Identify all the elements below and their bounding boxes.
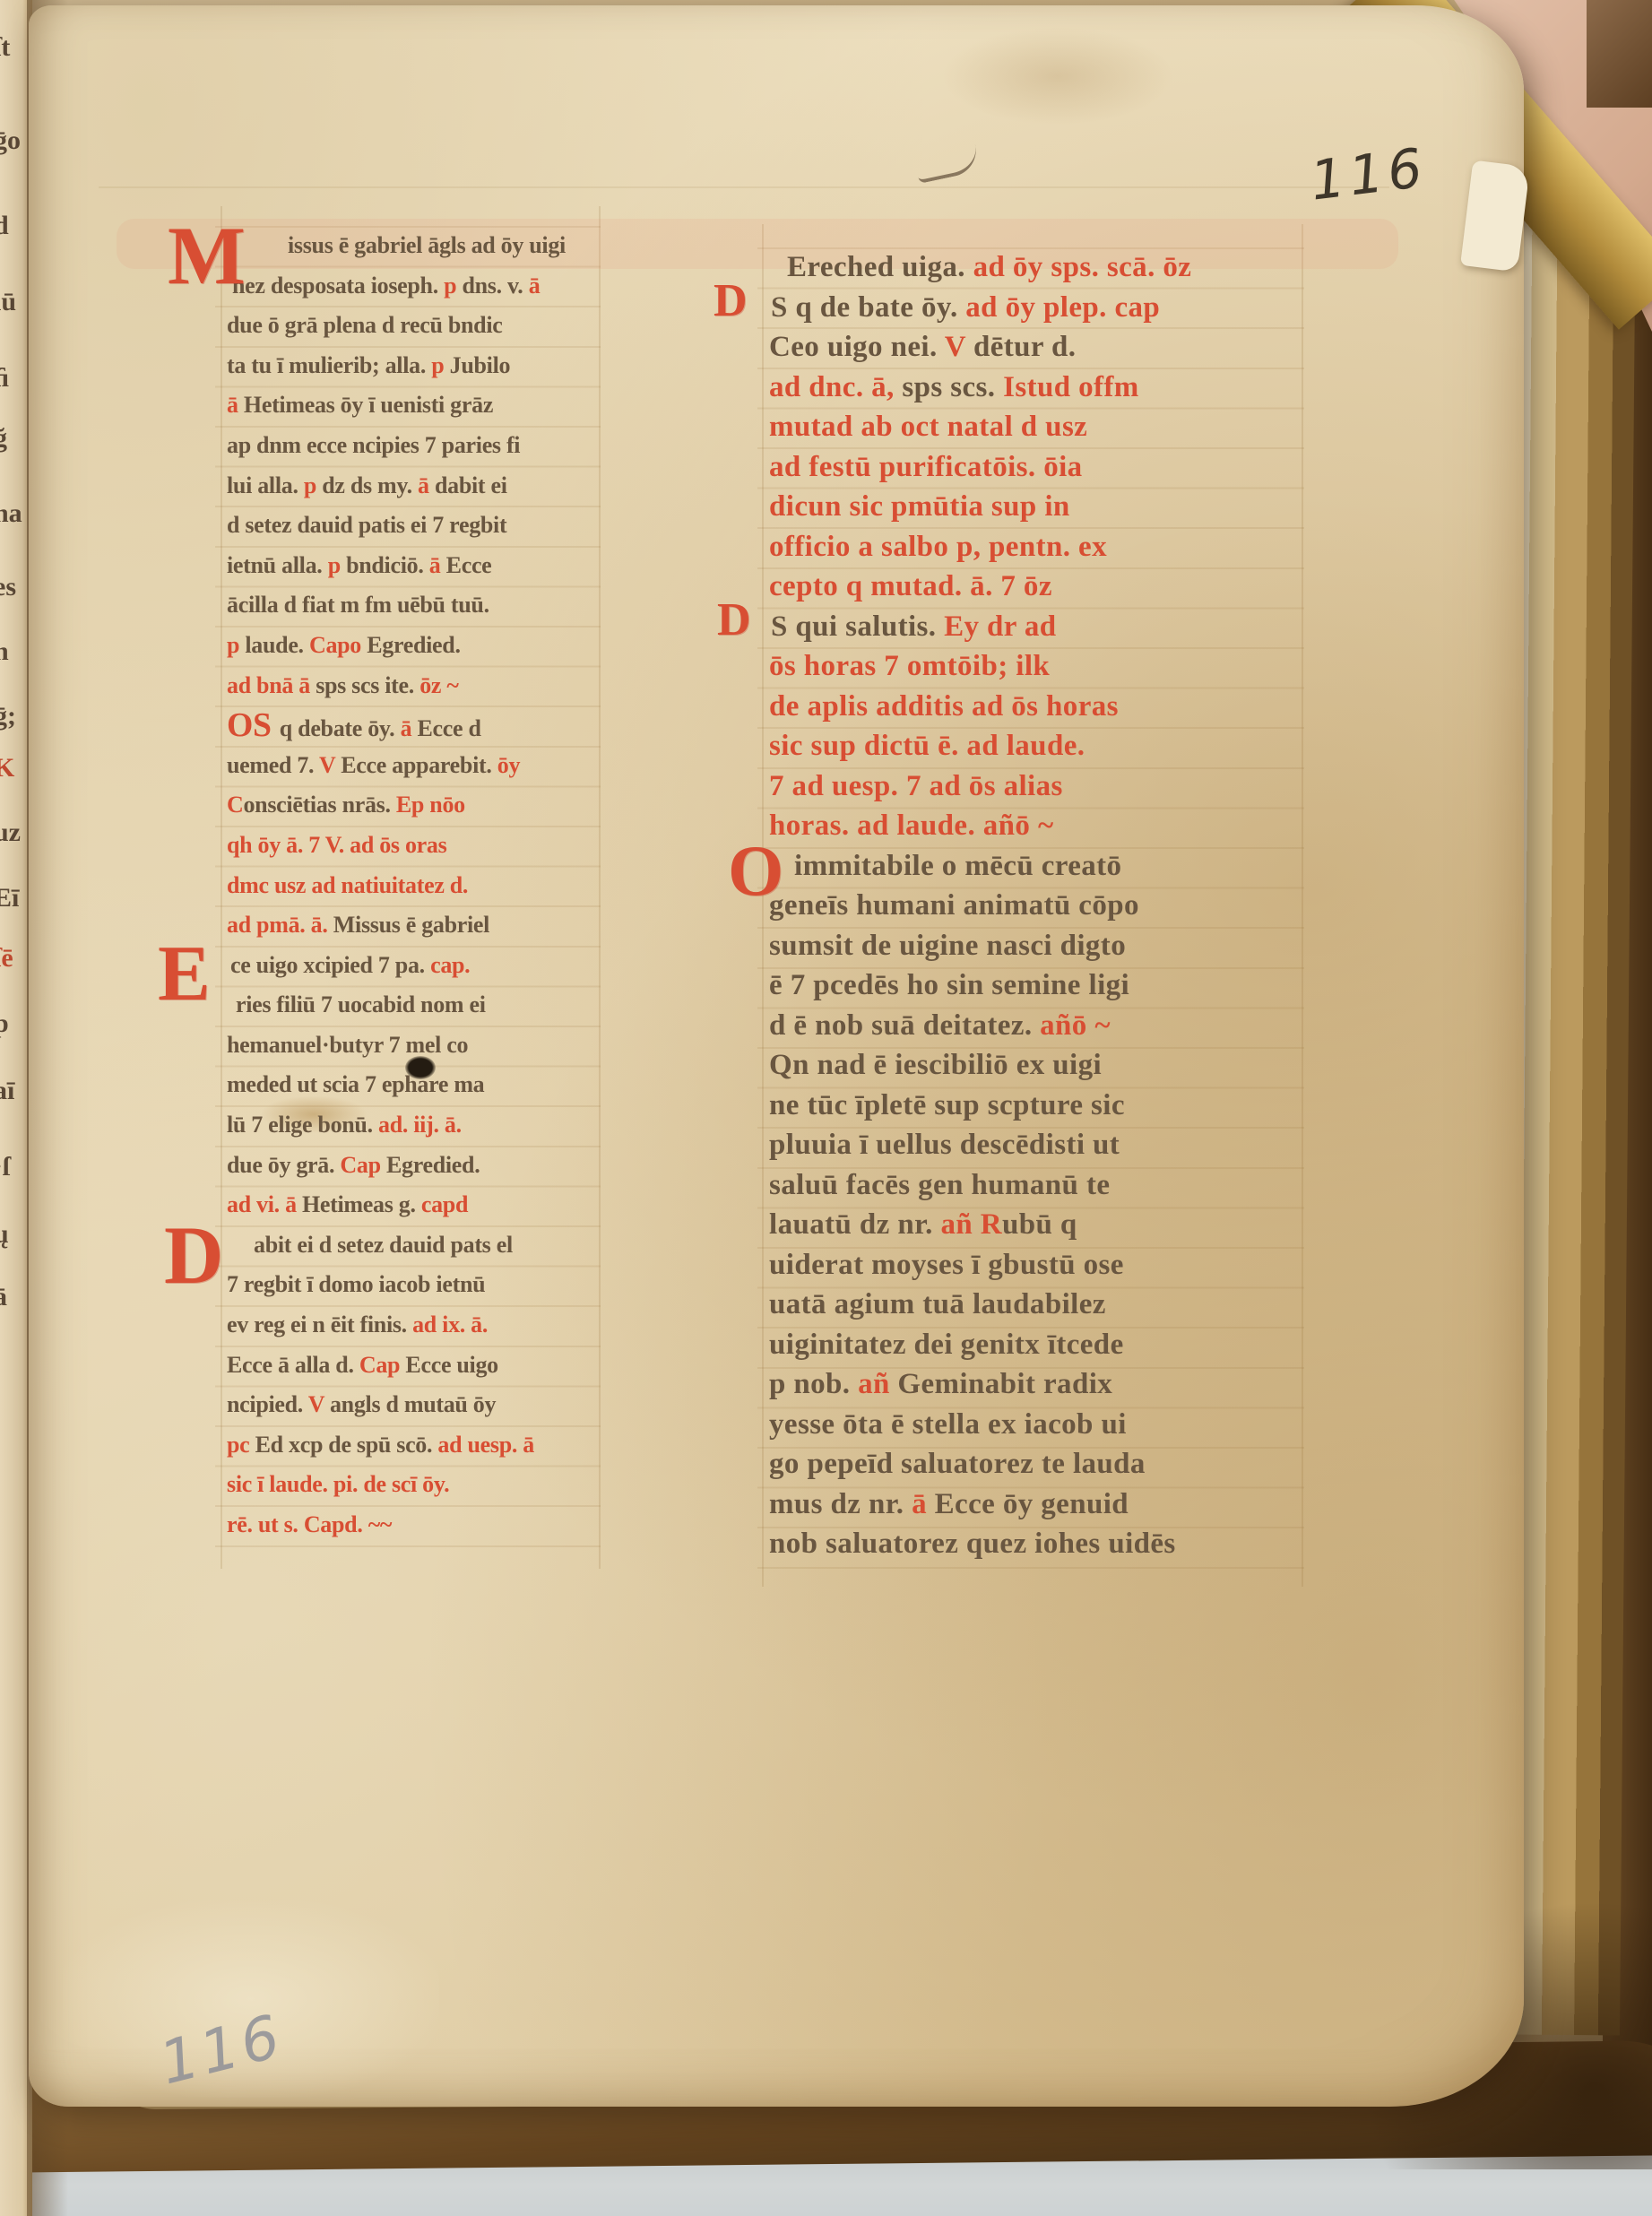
rubric-text: ad ōy plep. cap <box>965 291 1160 324</box>
text-column-right: Ereched uiga. ad ōy sps. scā. ōzS q de b… <box>769 247 1307 1564</box>
rubric-text: ā <box>429 552 446 578</box>
rubric-text: ad ōy sps. scā. ōz <box>973 251 1192 283</box>
ink-text: ries filiū 7 uocabid nom ei <box>236 991 486 1017</box>
manuscript-text-line: ev reg ei n ēit finis. ad ix. ā. <box>227 1305 603 1346</box>
drop-cap-initial: E <box>158 939 210 1009</box>
ink-text: sumsit de uigine nasci digto <box>769 930 1126 962</box>
ink-text: onsciētias nrās. <box>243 792 395 818</box>
facing-page-text-fragment: p <box>0 1008 9 1039</box>
ink-text: d ē nob suā deitatez. <box>769 1009 1040 1042</box>
facing-page-text-fragment: ·ſ <box>0 1152 10 1182</box>
manuscript-text-line: ā Hetimeas ōy ī uenisti grāz <box>227 385 603 426</box>
ink-text: dētur d. <box>973 331 1076 363</box>
ink-text: Egredied. <box>386 1152 480 1178</box>
manuscript-text-line: dmc usz ad natiuitatez d. <box>227 866 603 906</box>
rubric-text: dmc usz ad natiuitatez d. <box>227 872 468 898</box>
rubric-text: Ep nōo <box>396 792 465 818</box>
rubric-text: pc <box>227 1432 255 1458</box>
manuscript-text-line: horas. ad laude. añō ~ <box>769 806 1307 846</box>
ink-text: go pepeīd saluatorez te lauda <box>769 1448 1146 1480</box>
manuscript-text-line: ap dnm ecce ncipies 7 paries fi <box>227 426 603 466</box>
rubric-text: capd <box>421 1191 468 1217</box>
ink-text: abit ei d setez dauid pats el <box>254 1232 513 1258</box>
rubric-text: sic ī laude. pi. de scī ōy. <box>227 1471 449 1497</box>
ink-text: dns. v. <box>462 273 528 299</box>
ink-text: ē 7 pcedēs ho sin semine ligi <box>769 969 1129 1001</box>
ink-text: Qn nad ē iescibiliō ex uigi <box>769 1049 1102 1081</box>
ink-text: lauatū dz nr. <box>769 1208 940 1241</box>
facing-page-text-fragment: h <box>0 636 9 667</box>
manuscript-text-line: rē. ut s. Capd. ~~ <box>227 1505 603 1545</box>
rubric-text: añō ~ <box>1040 1009 1111 1042</box>
ink-text: sps scs. <box>902 371 1003 403</box>
manuscript-text-line: pc Ed xcp de spū scō. ad uesp. ā <box>227 1425 603 1466</box>
rubric-text: ad uesp. ā <box>437 1432 534 1458</box>
rubric-text: V <box>308 1391 330 1417</box>
ink-text: angls d mutaū ōy <box>330 1391 496 1417</box>
manuscript-text-line: S q de bate ōy. ad ōy plep. cap <box>769 288 1307 328</box>
manuscript-text-line: Qn nad ē iescibiliō ex uigi <box>769 1045 1307 1086</box>
manuscript-photo-scene: ſtḡodıūﬁğnaeshḡ;KuzEīſēpaī·ſųā issus ē g… <box>0 0 1652 2216</box>
facing-page-text-fragment: d <box>0 211 9 241</box>
facing-page-text-fragment: ıū <box>0 287 16 317</box>
facing-page-text-fragment: ų <box>0 1219 9 1250</box>
facing-page-text-fragment: es <box>0 572 16 602</box>
ink-text: Jubilo <box>450 352 511 378</box>
manuscript-text-line: Ecce ā alla d. Cap Ecce uigo <box>227 1346 603 1386</box>
ink-text: uatā agium tuā laudabilez <box>769 1288 1106 1320</box>
ink-text: Ecce <box>446 552 492 578</box>
ink-text: dabit ei <box>435 472 507 498</box>
ink-text: Egredied. <box>367 632 460 658</box>
drop-cap-initial: D <box>717 600 751 642</box>
rubric-text: p <box>227 632 245 658</box>
ink-text: d setez dauid patis ei 7 regbit <box>227 512 506 538</box>
manuscript-text-line: qh ōy ā. 7 V. ad ōs oras <box>227 826 603 866</box>
rubric-text: V <box>945 331 973 363</box>
ink-text: nob saluatorez quez iohes uidēs <box>769 1528 1176 1560</box>
ink-text: lū 7 elige bonū. <box>227 1112 378 1138</box>
facing-page-text-fragment: ḡ; <box>0 701 16 731</box>
facing-page-text-fragment: ſē <box>0 943 13 974</box>
manuscript-text-line: ācilla d fiat m fm uēbū tuū. <box>227 585 603 626</box>
manuscript-text-line: abit ei d setez dauid pats el <box>227 1225 603 1266</box>
manuscript-text-line: ad vi. ā Hetimeas g. capd <box>227 1185 603 1225</box>
manuscript-text-line: uatā agium tuā laudabilez <box>769 1285 1307 1325</box>
rubric-text: officio a salbo p, pentn. ex <box>769 531 1107 563</box>
ink-text: uiginitatez dei genitx ītcede <box>769 1329 1124 1361</box>
rubric-text: Capo <box>309 632 367 658</box>
drop-cap-initial: M <box>168 219 246 293</box>
rubric-text: ā <box>401 715 418 741</box>
manuscript-text-line: saluū facēs gen humanū te <box>769 1165 1307 1206</box>
manuscript-text-line: geneīs humani animatū cōpo <box>769 886 1307 926</box>
facing-page-text-fragment: aī <box>0 1076 14 1106</box>
manuscript-text-line: dicun sic pmūtia sup in <box>769 487 1307 527</box>
facing-page-text-fragment: Eī <box>0 883 19 913</box>
ink-text: Ecce uigo <box>405 1352 497 1378</box>
ink-text: hemanuel·butyr 7 mel co <box>227 1032 468 1058</box>
rubric-text: añ R <box>940 1208 1002 1241</box>
ink-text: Ereched uiga. <box>787 251 973 283</box>
manuscript-text-line: OS q debate ōy. ā Ecce d <box>227 705 603 746</box>
ink-text: Ecce apparebit. <box>341 752 497 778</box>
rubric-text: Istud offm <box>1003 371 1139 403</box>
rubric-text: ōs horas 7 omtōib; ilk <box>769 650 1050 682</box>
rubric-text: ad pmā. ā. <box>227 912 333 938</box>
manuscript-text-line: lauatū dz nr. añ Rubū q <box>769 1205 1307 1245</box>
rubric-text: OS <box>227 706 280 744</box>
manuscript-text-line: sic sup dictū ē. ad laude. <box>769 726 1307 766</box>
manuscript-text-line: hemanuel·butyr 7 mel co <box>227 1026 603 1066</box>
ink-text: ta tu ī mulierib; alla. <box>227 352 431 378</box>
ink-text: uemed 7. <box>227 752 319 778</box>
ink-text: bndiciō. <box>346 552 429 578</box>
manuscript-text-line: uiderat moyses ī gbustū ose <box>769 1245 1307 1285</box>
rubric-text: ad vi. ā <box>227 1191 302 1217</box>
rubric-text: ōy <box>497 752 520 778</box>
rubric-text: p <box>328 552 346 578</box>
manuscript-text-line: ad dnc. ā, sps scs. Istud offm <box>769 368 1307 408</box>
ink-text: ncipied. <box>227 1391 308 1417</box>
manuscript-text-line: mutad ab oct natal d usz <box>769 407 1307 447</box>
facing-page-text-fragment: ḡo <box>0 126 21 156</box>
rubric-text: horas. ad laude. añō ~ <box>769 809 1054 842</box>
ink-text: ietnū alla. <box>227 552 328 578</box>
manuscript-text-line: d ē nob suā deitatez. añō ~ <box>769 1006 1307 1046</box>
manuscript-text-line: 7 ad uesp. 7 ad ōs alias <box>769 766 1307 807</box>
rubric-text: mutad ab oct natal d usz <box>769 411 1087 443</box>
ink-text: lui alla. <box>227 472 304 498</box>
ruled-line-vertical-left <box>221 206 222 1569</box>
manuscript-text-line: nob saluatorez quez iohes uidēs <box>769 1524 1307 1564</box>
rubric-text: ōz ~ <box>419 672 458 698</box>
ink-text: ev reg ei n ēit finis. <box>227 1311 412 1337</box>
ink-text: mus dz nr. <box>769 1488 912 1520</box>
rubric-text: V <box>319 752 341 778</box>
manuscript-text-line: ōs horas 7 omtōib; ilk <box>769 646 1307 687</box>
manuscript-text-line: d setez dauid patis ei 7 regbit <box>227 506 603 546</box>
manuscript-text-line: p nob. añ Geminabit radix <box>769 1364 1307 1405</box>
rubric-text: ā <box>227 392 244 418</box>
manuscript-text-line: ncipied. V angls d mutaū ōy <box>227 1385 603 1425</box>
manuscript-text-line: ietnū alla. p bndiciō. ā Ecce <box>227 546 603 586</box>
rubric-text: ā <box>529 273 541 299</box>
manuscript-text-line: mus dz nr. ā Ecce ōy genuid <box>769 1485 1307 1525</box>
ink-text: Ecce ōy genuid <box>935 1488 1129 1520</box>
rubric-text: p <box>444 273 462 299</box>
rubric-text: ad bnā ā <box>227 672 316 698</box>
facing-page-text-fragment: uz <box>0 818 21 848</box>
ink-text: Ceo uigo nei. <box>769 331 945 363</box>
ink-text: q de bate ōy. <box>795 291 965 324</box>
drop-cap-initial: D <box>164 1218 223 1293</box>
rubric-text: sic sup dictū ē. ad laude. <box>769 730 1085 762</box>
rubric-text: ad festū purificatōis. ōia <box>769 451 1083 483</box>
manuscript-text-line: issus ē gabriel āgls ad ōy uigi <box>227 226 603 266</box>
manuscript-text-line: due ōy grā. Cap Egredied. <box>227 1146 603 1186</box>
ink-text: uiderat moyses ī gbustū ose <box>769 1249 1124 1281</box>
rubric-text: p <box>304 472 322 498</box>
ink-text: laude. <box>245 632 309 658</box>
ink-text: immitabile o mēcū creatō <box>794 850 1121 882</box>
manuscript-text-line: meded ut scia 7 ephare ma <box>227 1065 603 1105</box>
ruled-line-top <box>99 186 1389 188</box>
manuscript-text-line: ne tūc īpletē sup scpture sic <box>769 1086 1307 1126</box>
manuscript-text-line: nez desposata ioseph. p dns. v. ā <box>227 266 603 307</box>
manuscript-text-line: sumsit de uigine nasci digto <box>769 926 1307 966</box>
manuscript-text-line: ries filiū 7 uocabid nom ei <box>227 985 603 1026</box>
manuscript-text-line: ad bnā ā sps scs ite. ōz ~ <box>227 666 603 706</box>
ink-text: yesse ōta ē stella ex iacob ui <box>769 1408 1127 1441</box>
ink-text: issus ē gabriel āgls ad ōy uigi <box>288 232 566 258</box>
rubric-text: ad ix. ā. <box>412 1311 488 1337</box>
manuscript-text-line: Ceo uigo nei. V dētur d. <box>769 327 1307 368</box>
ink-text: S qui salutis. <box>771 610 944 643</box>
rubric-text: Cap <box>340 1152 386 1178</box>
ink-text: due ōy grā. <box>227 1152 340 1178</box>
rubric-text: rē. ut s. Capd. ~~ <box>227 1511 392 1537</box>
manuscript-text-line: due ō grā plena d recū bndic <box>227 306 603 346</box>
drop-cap-initial: O <box>728 839 784 904</box>
ink-text: q debate ōy. <box>280 715 401 741</box>
ink-text: pluuia ī uellus descēdisti ut <box>769 1129 1120 1161</box>
manuscript-text-line: uiginitatez dei genitx ītcede <box>769 1325 1307 1365</box>
manuscript-text-line: ē 7 pcedēs ho sin semine ligi <box>769 965 1307 1006</box>
ink-text: Geminabit radix <box>897 1368 1112 1400</box>
rubric-text: ā <box>912 1488 935 1520</box>
text-column-left: issus ē gabriel āgls ad ōy uiginez despo… <box>227 226 603 1545</box>
ink-text: due ō grā plena d recū bndic <box>227 312 503 338</box>
ink-text: sps scs ite. <box>316 672 419 698</box>
manuscript-text-line: immitabile o mēcū creatō <box>769 846 1307 887</box>
rubric-text: 7 ad uesp. 7 ad ōs alias <box>769 770 1063 802</box>
manuscript-text-line: p laude. Capo Egredied. <box>227 626 603 666</box>
facing-page-text-fragment: K <box>0 753 14 783</box>
manuscript-text-line: ce uigo xcipied 7 pa. cap. <box>227 946 603 986</box>
rubric-text: de aplis additis ad ōs horas <box>769 690 1119 723</box>
manuscript-text-line: uemed 7. V Ecce apparebit. ōy <box>227 746 603 786</box>
manuscript-text-line: S qui salutis. Ey dr ad <box>769 607 1307 647</box>
facing-page-text-fragment: na <box>0 498 22 529</box>
ink-text: dz ds my. <box>322 472 418 498</box>
ink-text: ce uigo xcipied 7 pa. <box>230 952 430 978</box>
manuscript-text-line: ta tu ī mulierib; alla. p Jubilo <box>227 346 603 386</box>
ink-text: nez desposata ioseph. <box>232 273 444 299</box>
manuscript-text-line: 7 regbit ī domo iacob ietnū <box>227 1265 603 1305</box>
ink-text: p nob. <box>769 1368 858 1400</box>
ink-text: saluū facēs gen humanū te <box>769 1169 1110 1201</box>
rubric-text: cap. <box>430 952 470 978</box>
rubric-text: qh ōy ā. 7 V. ad ōs oras <box>227 832 446 858</box>
manuscript-text-line: lui alla. p dz ds my. ā dabit ei <box>227 466 603 506</box>
manuscript-text-line: pluuia ī uellus descēdisti ut <box>769 1125 1307 1165</box>
ink-text: ne tūc īpletē sup scpture sic <box>769 1089 1125 1121</box>
ink-text: Ed xcp de spū scō. <box>255 1432 438 1458</box>
manuscript-text-line: go pepeīd saluatorez te lauda <box>769 1444 1307 1485</box>
ink-text: ap dnm ecce ncipies 7 paries fi <box>227 432 520 458</box>
rubric-text: ad dnc. ā, <box>769 371 902 403</box>
ink-text: ubū q <box>1002 1208 1077 1241</box>
facing-page-text-fragment: ſt <box>0 32 10 63</box>
manuscript-text-line: de aplis additis ad ōs horas <box>769 687 1307 727</box>
rubric-text: cepto q mutad. ā. 7 ōz <box>769 570 1052 602</box>
facing-page-text-fragment: ﬁ <box>0 363 9 394</box>
ink-text: ācilla d fiat m fm uēbū tuū. <box>227 592 489 618</box>
ink-text: Missus ē gabriel <box>333 912 489 938</box>
manuscript-text-line: officio a salbo p, pentn. ex <box>769 527 1307 567</box>
ink-text: Ecce d <box>418 715 481 741</box>
manuscript-text-line: yesse ōta ē stella ex iacob ui <box>769 1405 1307 1445</box>
rubric-text: p <box>431 352 449 378</box>
ink-text: geneīs humani animatū cōpo <box>769 889 1139 922</box>
manuscript-text-line: lū 7 elige bonū. ad. iij. ā. <box>227 1105 603 1146</box>
ink-text: S <box>771 291 795 324</box>
manuscript-text-line: sic ī laude. pi. de scī ōy. <box>227 1465 603 1505</box>
manuscript-text-line: cepto q mutad. ā. 7 ōz <box>769 567 1307 607</box>
facing-page-text-fragment: ğ <box>0 423 7 454</box>
ink-text: 7 regbit ī domo iacob ietnū <box>227 1271 485 1297</box>
rubric-text: Ey dr ad <box>944 610 1056 643</box>
cover-corner-dark <box>1587 0 1652 108</box>
manuscript-text-line: ad pmā. ā. Missus ē gabriel <box>227 905 603 946</box>
rubric-text: ā <box>418 472 435 498</box>
manuscript-text-line: ad festū purificatōis. ōia <box>769 447 1307 488</box>
facing-page-text-fragment: ā <box>0 1282 7 1312</box>
ink-text: Ecce ā alla d. <box>227 1352 359 1378</box>
ink-text: Hetimeas ōy ī uenisti grāz <box>244 392 493 418</box>
ink-text: meded ut scia 7 ephare ma <box>227 1071 484 1097</box>
rubric-text: dicun sic pmūtia sup in <box>769 490 1070 523</box>
ink-text: Hetimeas g. <box>302 1191 421 1217</box>
rubric-text: C <box>227 792 243 818</box>
manuscript-text-line: Consciētias nrās. Ep nōo <box>227 785 603 826</box>
drop-cap-initial: D <box>714 281 748 323</box>
rubric-text: añ <box>858 1368 897 1400</box>
rubric-text: ad. iij. ā. <box>378 1112 462 1138</box>
manuscript-text-line: Ereched uiga. ad ōy sps. scā. ōz <box>769 247 1307 288</box>
rubric-text: Cap <box>359 1352 406 1378</box>
